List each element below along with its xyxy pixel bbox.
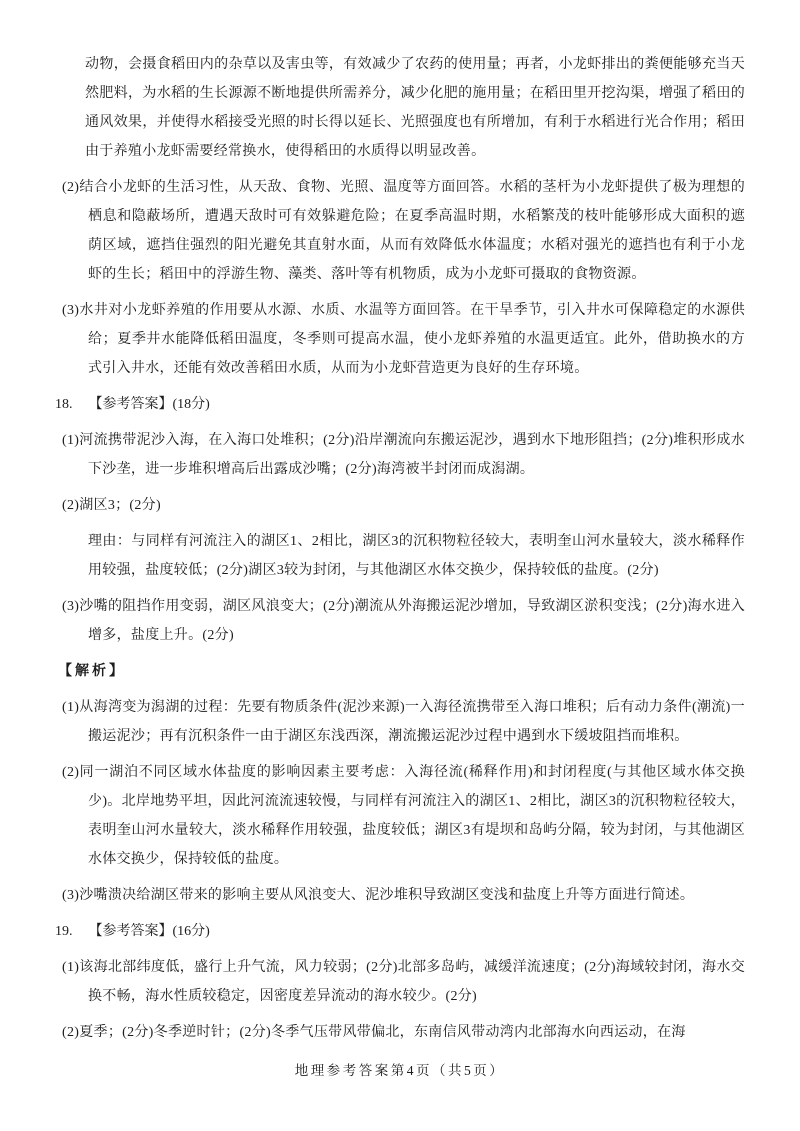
q18-item-3: (3)沙嘴的阻挡作用变弱，湖区风浪变大；(2分)潮流从外海搬运泥沙增加，导致湖区… [88, 592, 745, 650]
answer-key-page: 动物，会摄食稻田内的杂草以及害虫等，有效减少了农药的使用量；再者，小龙虾排出的粪… [0, 0, 800, 1131]
q18-header: 18.【参考答案】(18分) [55, 390, 800, 419]
q19-number: 19. [55, 924, 73, 939]
analysis-item-2: (2)同一湖泊不同区域水体盐度的影响因素主要考虑：入海径流(稀释作用)和封闭程度… [88, 758, 745, 874]
q17-item-3: (3)水井对小龙虾养殖的作用要从水源、水质、水温等方面回答。在干旱季节，引入井水… [88, 296, 745, 383]
q18-title: 【参考答案】(18分) [89, 397, 210, 412]
q18-item-1: (1)河流携带泥沙入海，在入海口处堆积；(2分)沿岸潮流向东搬运泥沙，遇到水下地… [88, 426, 745, 484]
q19-title: 【参考答案】(16分) [89, 924, 210, 939]
q19-header: 19.【参考答案】(16分) [55, 917, 800, 946]
q18-item-2-answer: (2)湖区3；(2分) [88, 491, 745, 520]
q19-item-2: (2)夏季；(2分)冬季逆时针；(2分)冬季气压带风带偏北，东南信风带动湾内北部… [88, 1018, 745, 1047]
q18-number: 18. [55, 397, 73, 412]
q17-item-2: (2)结合小龙虾的生活习性，从天敌、食物、光照、温度等方面回答。水稻的茎杆为小龙… [88, 173, 745, 289]
analysis-item-1: (1)从海湾变为潟湖的过程：先要有物质条件(泥沙来源)一入海径流携带至入海口堆积… [88, 693, 745, 751]
page-footer: 地理参考答案第4页（共5页） [0, 1059, 800, 1079]
q18-item-2-reason: 理由：与同样有河流注入的湖区1、2相比，湖区3的沉积物粒径较大，表明奎山河水量较… [88, 527, 745, 585]
analysis-header: 【解析】 [58, 657, 800, 686]
analysis-item-3: (3)沙嘴溃决给湖区带来的影响主要从风浪变大、泥沙堆积导致湖区变浅和盐度上升等方… [88, 881, 745, 910]
q17-continuation-paragraph: 动物，会摄食稻田内的杂草以及害虫等，有效减少了农药的使用量；再者，小龙虾排出的粪… [85, 50, 745, 166]
q19-item-1: (1)该海北部纬度低，盛行上升气流，风力较弱；(2分)北部多岛屿，减缓洋流速度；… [88, 953, 745, 1011]
